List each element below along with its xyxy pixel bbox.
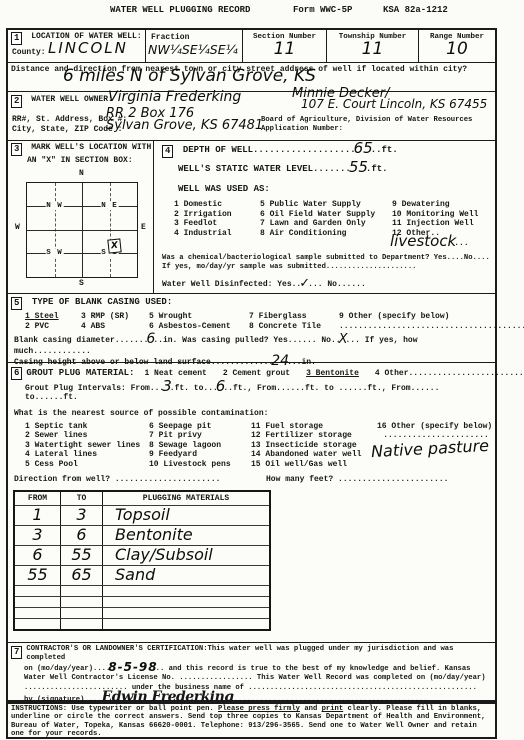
table-header-to: TO bbox=[61, 492, 103, 505]
table-header-materials: PLUGGING MATERIALS bbox=[103, 492, 269, 505]
contamination-option: 7 Pit privy bbox=[149, 431, 251, 440]
compass-west-label: W bbox=[15, 223, 20, 232]
section-1-location: 1 LOCATION OF WATER WELL: County: LINCOL… bbox=[8, 30, 495, 63]
table-row-empty bbox=[15, 607, 269, 618]
casing-diameter-value: 6 bbox=[146, 337, 155, 341]
section-4-number-badge: 4 bbox=[162, 145, 173, 158]
casing-option: 4 ABS bbox=[81, 322, 149, 332]
table-row-empty bbox=[15, 596, 269, 607]
to-value: 6 bbox=[61, 526, 103, 545]
certification-line-4: ........................ under the busin… bbox=[24, 684, 492, 693]
casing-type-title: TYPE OF BLANK CASING USED: bbox=[32, 297, 172, 307]
application-number-label: Application Number: bbox=[261, 125, 343, 133]
county-cell: 1 LOCATION OF WATER WELL: County: LINCOL… bbox=[8, 30, 145, 62]
table-row: 3 6 Bentonite bbox=[15, 525, 269, 545]
casing-type-options: 1 Steel 3 RMP (SR) 5 Wrought 7 Fiberglas… bbox=[25, 312, 495, 331]
contamination-other-value: Native pasture bbox=[371, 441, 489, 457]
completion-date-value: 8-5-98 bbox=[108, 665, 157, 669]
certification-line-1: CONTRACTOR'S OR LANDOWNER'S CERTIFICATIO… bbox=[11, 645, 492, 664]
used-as-option: 2 Irrigation bbox=[174, 210, 260, 220]
grout-option-other: 4 Other............................. bbox=[375, 369, 524, 378]
depth-of-well-label: DEPTH OF WELL................... bbox=[183, 145, 356, 155]
owner-name-value: Virginia Frederking bbox=[108, 89, 241, 105]
contamination-option-other: 16 Other (specify below) bbox=[377, 422, 495, 431]
material-value: Topsoil bbox=[103, 506, 269, 525]
sample-submitted-question: Was a chemical/bacteriological sample su… bbox=[162, 254, 495, 263]
grid-line bbox=[27, 206, 137, 207]
form-body: 1 LOCATION OF WATER WELL: County: LINCOL… bbox=[6, 28, 497, 702]
print-underlined: print bbox=[322, 705, 344, 713]
grout-intervals-label: Grout Plug Intervals: bbox=[25, 384, 131, 393]
distance-value: 6 miles N of Sylvan Grove, KS bbox=[63, 66, 316, 86]
casing-option-steel: 1 Steel bbox=[25, 312, 81, 322]
well-location-x-mark: X bbox=[108, 238, 122, 253]
statute-reference: KSA 82a-1212 bbox=[383, 5, 448, 15]
grid-line bbox=[27, 230, 137, 231]
grout-interval-from-value: 3 bbox=[162, 384, 172, 388]
contamination-option: 6 Seepage pit bbox=[149, 422, 251, 431]
range-number-cell: Range Number 10 bbox=[418, 30, 495, 62]
instructions-text: INSTRUCTIONS: Use typewriter or ball poi… bbox=[11, 705, 218, 713]
sample-date-question: If yes, mo/day/yr sample was submitted..… bbox=[162, 263, 495, 272]
material-value: Clay/Subsoil bbox=[103, 546, 269, 565]
form-number: Form WWC-5P bbox=[293, 5, 352, 15]
casing-option: 3 RMP (SR) bbox=[81, 312, 149, 322]
grout-option: 2 Cement grout bbox=[223, 369, 290, 378]
material-value: Sand bbox=[103, 566, 269, 585]
township-number-value: 11 bbox=[327, 39, 418, 59]
section-6-grout-plug: 6 GROUT PLUG MATERIAL: 1 Neat cement 2 C… bbox=[8, 363, 495, 642]
compass-north-label: N bbox=[79, 169, 84, 178]
section-7-number-badge: 7 bbox=[11, 646, 22, 659]
used-as-option: 3 Feedlot bbox=[174, 219, 260, 229]
county-value: LINCOLN bbox=[48, 39, 128, 57]
from-value: 1 bbox=[15, 506, 61, 525]
to-value: 3 bbox=[61, 506, 103, 525]
section-number-cell: Section Number 11 bbox=[242, 30, 326, 62]
contamination-question: What is the nearest source of possible c… bbox=[14, 409, 495, 418]
section-1-number-badge: 1 bbox=[11, 32, 22, 45]
static-water-level-label: WELL'S STATIC WATER LEVEL....... bbox=[178, 164, 351, 174]
used-as-option: 7 Lawn and Garden Only bbox=[260, 219, 392, 229]
compass-south-label: S bbox=[79, 279, 84, 288]
to-value: 65 bbox=[61, 566, 103, 585]
casing-option: 5 Wrought bbox=[149, 312, 249, 322]
section-3-4-row: 3 MARK WELL'S LOCATION WITH AN "X" IN SE… bbox=[8, 141, 495, 294]
section-3-mark-location: 3 MARK WELL'S LOCATION WITH AN "X" IN SE… bbox=[8, 141, 154, 293]
contamination-option: 10 Livestock pens bbox=[149, 460, 251, 469]
section-grid-box: N W N E S W S E X bbox=[26, 182, 138, 278]
contamination-option: 15 Oil well/Gas well bbox=[251, 460, 377, 469]
contamination-option: 13 Insecticide storage bbox=[251, 441, 377, 450]
casing-diameter-label: Blank casing diameter....... bbox=[14, 336, 148, 345]
table-row-empty bbox=[15, 585, 269, 596]
section-4-well-details: 4 DEPTH OF WELL...................65..ft… bbox=[154, 141, 495, 293]
press-firmly-underlined: Please press firmly bbox=[218, 705, 300, 713]
used-as-option: 5 Public Water Supply bbox=[260, 200, 392, 210]
section-7-certification: 7 CONTRACTOR'S OR LANDOWNER'S CERTIFICAT… bbox=[8, 642, 495, 700]
fraction-cell: Fraction NW¼SE¼SE¼ bbox=[145, 30, 242, 62]
water-well-plugging-record-form: WATER WELL PLUGGING RECORD Form WWC-5P K… bbox=[0, 0, 524, 740]
from-value: 3 bbox=[15, 526, 61, 545]
quadrant-ne-label: N E bbox=[100, 202, 119, 210]
casing-option: 2 PVC bbox=[25, 322, 81, 332]
used-as-option: 1 Domestic bbox=[174, 200, 260, 210]
casing-pulled-no-mark: X bbox=[339, 338, 348, 342]
section-number-value: 11 bbox=[243, 39, 326, 59]
used-as-option: 11 Injection Well bbox=[392, 219, 495, 229]
contamination-option: 14 Abandoned water well bbox=[251, 450, 377, 459]
quadrant-nw-label: N W bbox=[45, 202, 64, 210]
casing-option: 7 Fiberglass bbox=[249, 312, 339, 322]
contamination-option: 3 Watertight sewer lines bbox=[25, 441, 149, 450]
table-row: 55 65 Sand bbox=[15, 565, 269, 585]
form-header: WATER WELL PLUGGING RECORD Form WWC-5P K… bbox=[0, 5, 524, 19]
section-location-grid: N S W E N W N E S W S E bbox=[11, 169, 151, 291]
used-as-option: 4 Industrial bbox=[174, 229, 260, 239]
section-3-number-badge: 3 bbox=[11, 143, 22, 156]
city-state-zip-value: Sylvan Grove, KS 67481 bbox=[106, 118, 263, 133]
contamination-option: 2 Sewer lines bbox=[25, 431, 149, 440]
disinfected-label: Water Well Disinfected: Yes.. bbox=[162, 280, 301, 289]
used-as-option: 10 Monitoring Well bbox=[392, 210, 495, 220]
distance-row: Distance and direction from nearest town… bbox=[8, 63, 495, 92]
from-value: 55 bbox=[15, 566, 61, 585]
table-header-from: FROM bbox=[15, 492, 61, 505]
used-as-option: 9 Dewatering bbox=[392, 200, 495, 210]
county-label: County: bbox=[12, 48, 46, 58]
direction-from-well-label: Direction from well? ...................… bbox=[14, 475, 266, 484]
page-title: WATER WELL PLUGGING RECORD bbox=[110, 5, 250, 15]
quadrant-sw-label: S W bbox=[45, 249, 64, 257]
used-as-option: 6 Oil Field Water Supply bbox=[260, 210, 392, 220]
section-6-number-badge: 6 bbox=[11, 367, 22, 380]
table-row: 1 3 Topsoil bbox=[15, 505, 269, 525]
certification-line-3: Water Well Contractor's License No. ....… bbox=[24, 674, 492, 683]
from-value: 6 bbox=[15, 546, 61, 565]
table-header-row: FROM TO PLUGGING MATERIALS bbox=[15, 492, 269, 505]
used-as-option: 8 Air Conditioning bbox=[260, 229, 392, 239]
fraction-value: NW¼SE¼SE¼ bbox=[148, 42, 238, 57]
casing-option: 6 Asbestos-Cement bbox=[149, 322, 249, 332]
grid-line bbox=[27, 253, 137, 254]
well-used-as-options: 1 Domestic 2 Irrigation 3 Feedlot 4 Indu… bbox=[174, 200, 495, 249]
compass-east-label: E bbox=[141, 223, 146, 232]
contamination-option: 1 Septic tank bbox=[25, 422, 149, 431]
casing-option-other-dots: ....................................... bbox=[339, 322, 524, 332]
how-many-feet-label: How many feet? ....................... bbox=[266, 475, 448, 484]
used-as-other-value: livestock bbox=[390, 239, 456, 243]
well-used-as-label: WELL WAS USED AS: bbox=[178, 184, 495, 195]
contamination-option: 4 Lateral lines bbox=[25, 450, 149, 459]
material-value: Bentonite bbox=[103, 526, 269, 545]
disinfected-checkmark: ✓ bbox=[299, 282, 310, 286]
casing-option: 8 Concrete Tile bbox=[249, 322, 339, 332]
to-value: 55 bbox=[61, 546, 103, 565]
grout-option: 1 Neat cement bbox=[144, 369, 206, 378]
section-2-owner: 2 WATER WELL OWNER: Virginia Frederking … bbox=[8, 92, 495, 141]
township-number-cell: Township Number 11 bbox=[326, 30, 418, 62]
contamination-option: 9 Feedyard bbox=[149, 450, 251, 459]
range-number-value: 10 bbox=[419, 39, 495, 59]
casing-option: 9 Other (specify below) bbox=[339, 312, 524, 322]
plugging-materials-table: FROM TO PLUGGING MATERIALS 1 3 Topsoil 3… bbox=[13, 490, 271, 631]
table-row: 6 55 Clay/Subsoil bbox=[15, 545, 269, 565]
contamination-option: 11 Fuel storage bbox=[251, 422, 377, 431]
contamination-option: 8 Sewage lagoon bbox=[149, 441, 251, 450]
instructions-box: INSTRUCTIONS: Use typewriter or ball poi… bbox=[6, 702, 497, 739]
section-3-title-line2: AN "X" IN SECTION BOX: bbox=[27, 156, 153, 166]
contamination-options: 1 Septic tank 2 Sewer lines 3 Watertight… bbox=[25, 422, 495, 469]
depth-of-well-value: 65 bbox=[354, 146, 373, 150]
grout-option-bentonite: 3 Bentonite bbox=[306, 369, 359, 378]
section-5-blank-casing: 5 TYPE OF BLANK CASING USED: 1 Steel 3 R… bbox=[8, 294, 495, 363]
contamination-option: 12 Fertilizer storage bbox=[251, 431, 377, 440]
grout-material-title: GROUT PLUG MATERIAL: bbox=[26, 368, 134, 379]
static-water-level-value: 55 bbox=[349, 165, 368, 169]
section-5-number-badge: 5 bbox=[11, 297, 22, 310]
owner-2-address-value: 107 E. Court Lincoln, KS 67455 bbox=[301, 97, 487, 111]
grout-interval-to-value: 6 bbox=[216, 384, 226, 388]
section-2-number-badge: 2 bbox=[11, 95, 22, 108]
table-row-empty bbox=[15, 618, 269, 629]
contamination-option: 5 Cess Pool bbox=[25, 460, 149, 469]
board-of-agriculture-label: Board of Agriculture, Division of Water … bbox=[261, 116, 472, 124]
section-3-title-line1: MARK WELL'S LOCATION WITH bbox=[31, 143, 151, 152]
owner-label: WATER WELL OWNER: bbox=[31, 95, 113, 104]
